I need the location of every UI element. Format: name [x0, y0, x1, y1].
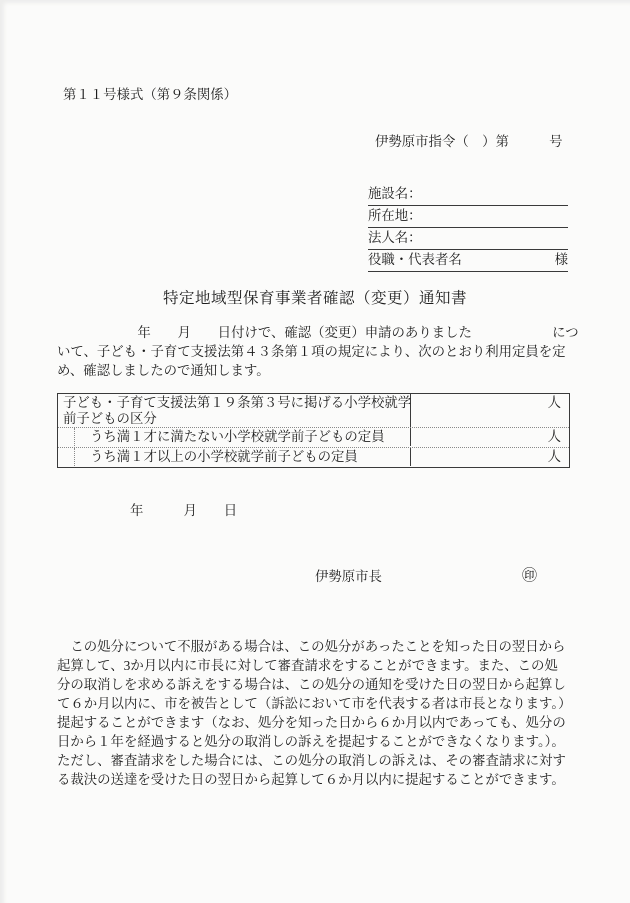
appeal-notice: この処分について不服がある場合は、この処分があったことを知った日の翌日から 起算…	[57, 637, 592, 789]
table-cell-label: うち満１才に満たない小学校就学前子どもの定員	[58, 428, 411, 446]
one-and-over-label: うち満１才以上の小学校就学前子どもの定員	[75, 448, 358, 466]
table-row-category: 子ども・子育て支援法第１９条第３号に掲げる小学校就学 前子どもの区分 人	[58, 394, 569, 427]
table-row-one-and-over: うち満１才以上の小学校就学前子どもの定員 人	[58, 447, 569, 467]
representative-field: 役職・代表者名 様	[368, 250, 568, 272]
category-label: 子ども・子育て支援法第１９条第３号に掲げる小学校就学 前子どもの区分	[63, 395, 411, 426]
table-cell-unit: 人	[411, 394, 569, 427]
directive-number: 伊勢原市指令（ ）第 号	[375, 131, 562, 150]
under-one-label: うち満１才に満たない小学校就学前子どもの定員	[75, 428, 385, 446]
table-cell-label: 子ども・子育て支援法第１９条第３号に掲げる小学校就学 前子どもの区分	[58, 394, 411, 427]
recipient-block: 施設名： 所在地： 法人名： 役職・代表者名 様	[368, 184, 568, 272]
issuer-name: 伊勢原市長	[315, 566, 382, 585]
corporation-name-field: 法人名：	[368, 228, 568, 250]
honorific-label: 様	[555, 250, 568, 271]
seal-mark: ㊞	[522, 564, 537, 585]
table-row-under-one: うち満１才に満たない小学校就学前子どもの定員 人	[58, 427, 569, 447]
representative-label: 役職・代表者名	[368, 250, 462, 271]
document-page: 第１１号様式（第９条関係） 伊勢原市指令（ ）第 号 施設名： 所在地： 法人名…	[0, 0, 630, 903]
capacity-table: 子ども・子育て支援法第１９条第３号に掲げる小学校就学 前子どもの区分 人 うち満…	[57, 393, 570, 468]
body-paragraph: 年 月 日付けで、確認（変更）申請のありました につ いて、子ども・子育て支援法…	[57, 323, 592, 380]
address-field: 所在地：	[368, 206, 568, 228]
table-cell-label: うち満１才以上の小学校就学前子どもの定員	[58, 448, 411, 466]
form-number: 第１１号様式（第９条関係）	[63, 84, 237, 103]
facility-name-field: 施設名：	[368, 184, 568, 206]
indent-guide-line	[58, 448, 75, 466]
table-cell-unit: 人	[411, 448, 569, 467]
document-title: 特定地域型保育事業者確認（変更）通知書	[0, 286, 630, 308]
issue-date-line: 年 月 日	[130, 500, 237, 519]
table-cell-unit: 人	[411, 428, 569, 447]
indent-guide-line	[58, 428, 75, 446]
